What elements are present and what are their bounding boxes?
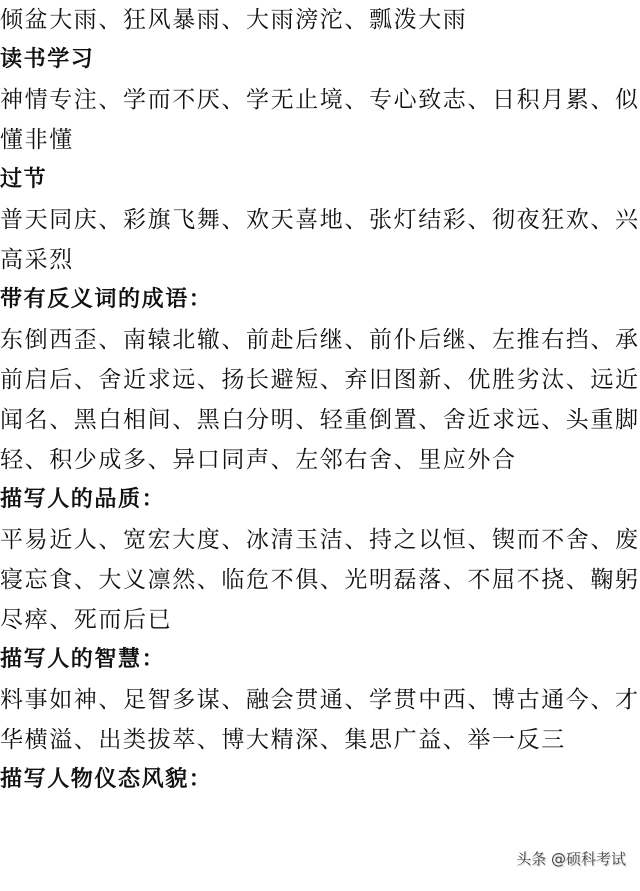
text-line: 闻名、黑白相间、黑白分明、轻重倒置、舍近求远、头重脚 bbox=[0, 400, 640, 440]
text-line: 普天同庆、彩旗飞舞、欢天喜地、张灯结彩、彻夜狂欢、兴 bbox=[0, 200, 640, 240]
watermark: 头条 @硕科考试 bbox=[516, 848, 626, 869]
section-heading: 描写人物仪态风貌： bbox=[0, 760, 212, 800]
section-heading: 过节 bbox=[0, 160, 47, 200]
text-line: 尽瘁、死而后已 bbox=[0, 600, 172, 640]
text-line: 前启后、舍近求远、扬长避短、弃旧图新、优胜劣汰、远近 bbox=[0, 360, 640, 400]
text-line: 平易近人、宽宏大度、冰清玉洁、持之以恒、锲而不舍、废 bbox=[0, 520, 640, 560]
text-line: 懂非懂 bbox=[0, 120, 74, 160]
text-line: 料事如神、足智多谋、融会贯通、学贯中西、博古通今、才 bbox=[0, 680, 640, 720]
section-heading: 带有反义词的成语： bbox=[0, 280, 212, 320]
text-line: 倾盆大雨、狂风暴雨、大雨滂沱、瓢泼大雨 bbox=[0, 0, 467, 40]
text-line: 高采烈 bbox=[0, 240, 74, 280]
text-line: 神情专注、学而不厌、学无止境、专心致志、日积月累、似 bbox=[0, 80, 640, 120]
text-line: 华横溢、出类拔萃、博大精深、集思广益、举一反三 bbox=[0, 720, 566, 760]
section-heading: 读书学习 bbox=[0, 40, 94, 80]
text-line: 轻、积少成多、异口同声、左邻右舍、里应外合 bbox=[0, 440, 517, 480]
text-line: 东倒西歪、南辕北辙、前赴后继、前仆后继、左推右挡、承 bbox=[0, 320, 640, 360]
section-heading: 描写人的智慧： bbox=[0, 640, 165, 680]
section-heading: 描写人的品质： bbox=[0, 480, 165, 520]
text-line: 寝忘食、大义凛然、临危不俱、光明磊落、不屈不挠、鞠躬 bbox=[0, 560, 640, 600]
